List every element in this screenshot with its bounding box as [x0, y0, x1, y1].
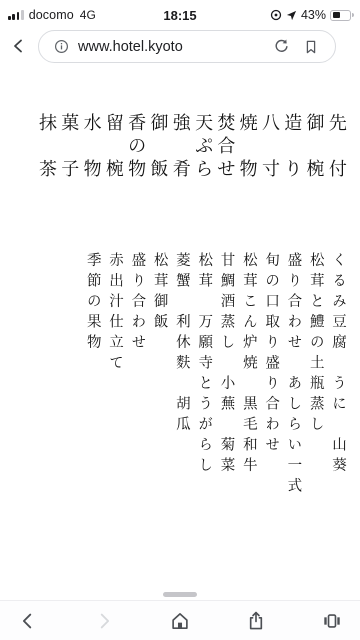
course-column: 香の物盛り合わせ: [126, 114, 148, 498]
course-column: 強肴菱蟹 利休麩 胡瓜: [171, 114, 193, 498]
course-column: 抹茶: [37, 114, 59, 498]
home-icon[interactable]: [168, 609, 192, 633]
course-name: 抹茶: [37, 114, 59, 178]
course-column: 焚合せ甘鯛酒蒸し 小蕪 菊菜: [215, 114, 237, 498]
info-icon[interactable]: [54, 39, 69, 54]
course-column: 菓子: [59, 114, 81, 498]
course-description: 赤出汁仕立て: [104, 252, 126, 375]
signal-bars-icon: [8, 10, 24, 20]
tab-switcher-icon[interactable]: [320, 609, 344, 633]
network-label: 4G: [80, 8, 96, 22]
course-description: 松茸 万願寺とうがらし: [193, 252, 215, 478]
course-description: 盛り合わせ あしらい一式: [282, 252, 304, 498]
battery-icon: [330, 10, 351, 21]
course-column: 焼物松茸こん炉焼 黒毛和牛: [238, 114, 260, 498]
url-field[interactable]: www.hotel.kyoto: [38, 30, 336, 63]
course-name: 天ぷら: [193, 114, 215, 178]
course-name: 焼物: [238, 114, 260, 178]
browser-toolbar: [0, 600, 360, 640]
course-name: 八寸: [260, 114, 282, 178]
course-column: 先付くるみ豆腐 うに 山葵: [327, 114, 349, 498]
status-left: docomo 4G: [8, 8, 96, 22]
bookmark-icon[interactable]: [300, 34, 322, 60]
url-text[interactable]: www.hotel.kyoto: [78, 39, 270, 55]
refresh-icon[interactable]: [270, 34, 292, 60]
battery-percent-label: 43%: [301, 8, 326, 22]
toolbar-forward-icon[interactable]: [92, 609, 116, 633]
course-column: 御椀松茸と鱧の土瓶蒸し: [304, 114, 326, 498]
course-name: 水物: [81, 114, 103, 178]
course-description: 旬の口取り盛り合わせ: [260, 252, 282, 457]
course-name: 香の物: [126, 114, 148, 178]
course-name: 菓子: [59, 114, 81, 178]
course-column: 造り盛り合わせ あしらい一式: [282, 114, 304, 498]
status-right: 43%: [270, 8, 353, 22]
course-name: 造り: [282, 114, 304, 178]
kaiseki-menu: 先付くるみ豆腐 うに 山葵御椀松茸と鱧の土瓶蒸し造り盛り合わせ あしらい一式八寸…: [37, 114, 349, 498]
share-icon[interactable]: [244, 609, 268, 633]
status-bar: docomo 4G 18:15 43%: [0, 0, 360, 28]
address-bar: www.hotel.kyoto: [0, 28, 360, 64]
horizontal-scroll-indicator[interactable]: [163, 592, 197, 597]
course-description: 季節の果物: [81, 252, 103, 355]
course-column: 八寸旬の口取り盛り合わせ: [260, 114, 282, 498]
location-arrow-icon: [286, 10, 297, 21]
course-column: 御飯松茸御飯: [148, 114, 170, 498]
course-name: 焚合せ: [215, 114, 237, 178]
course-column: 留椀赤出汁仕立て: [104, 114, 126, 498]
course-description: 盛り合わせ: [126, 252, 148, 355]
toolbar-back-icon[interactable]: [16, 609, 40, 633]
course-name: 御飯: [148, 114, 170, 178]
course-name: 強肴: [171, 114, 193, 178]
course-description: 松茸御飯: [148, 252, 170, 334]
course-description: 松茸こん炉焼 黒毛和牛: [238, 252, 260, 478]
orientation-lock-icon: [270, 9, 282, 21]
course-column: 天ぷら松茸 万願寺とうがらし: [193, 114, 215, 498]
course-column: 水物季節の果物: [81, 114, 103, 498]
carrier-label: docomo: [29, 8, 74, 22]
course-description: 甘鯛酒蒸し 小蕪 菊菜: [215, 252, 237, 478]
course-name: 先付: [327, 114, 349, 178]
course-description: 菱蟹 利休麩 胡瓜: [171, 252, 193, 437]
course-name: 御椀: [304, 114, 326, 178]
course-name: 留椀: [104, 114, 126, 178]
back-chevron-icon[interactable]: [6, 33, 32, 59]
course-description: くるみ豆腐 うに 山葵: [327, 252, 349, 478]
course-description: 松茸と鱧の土瓶蒸し: [304, 252, 326, 437]
